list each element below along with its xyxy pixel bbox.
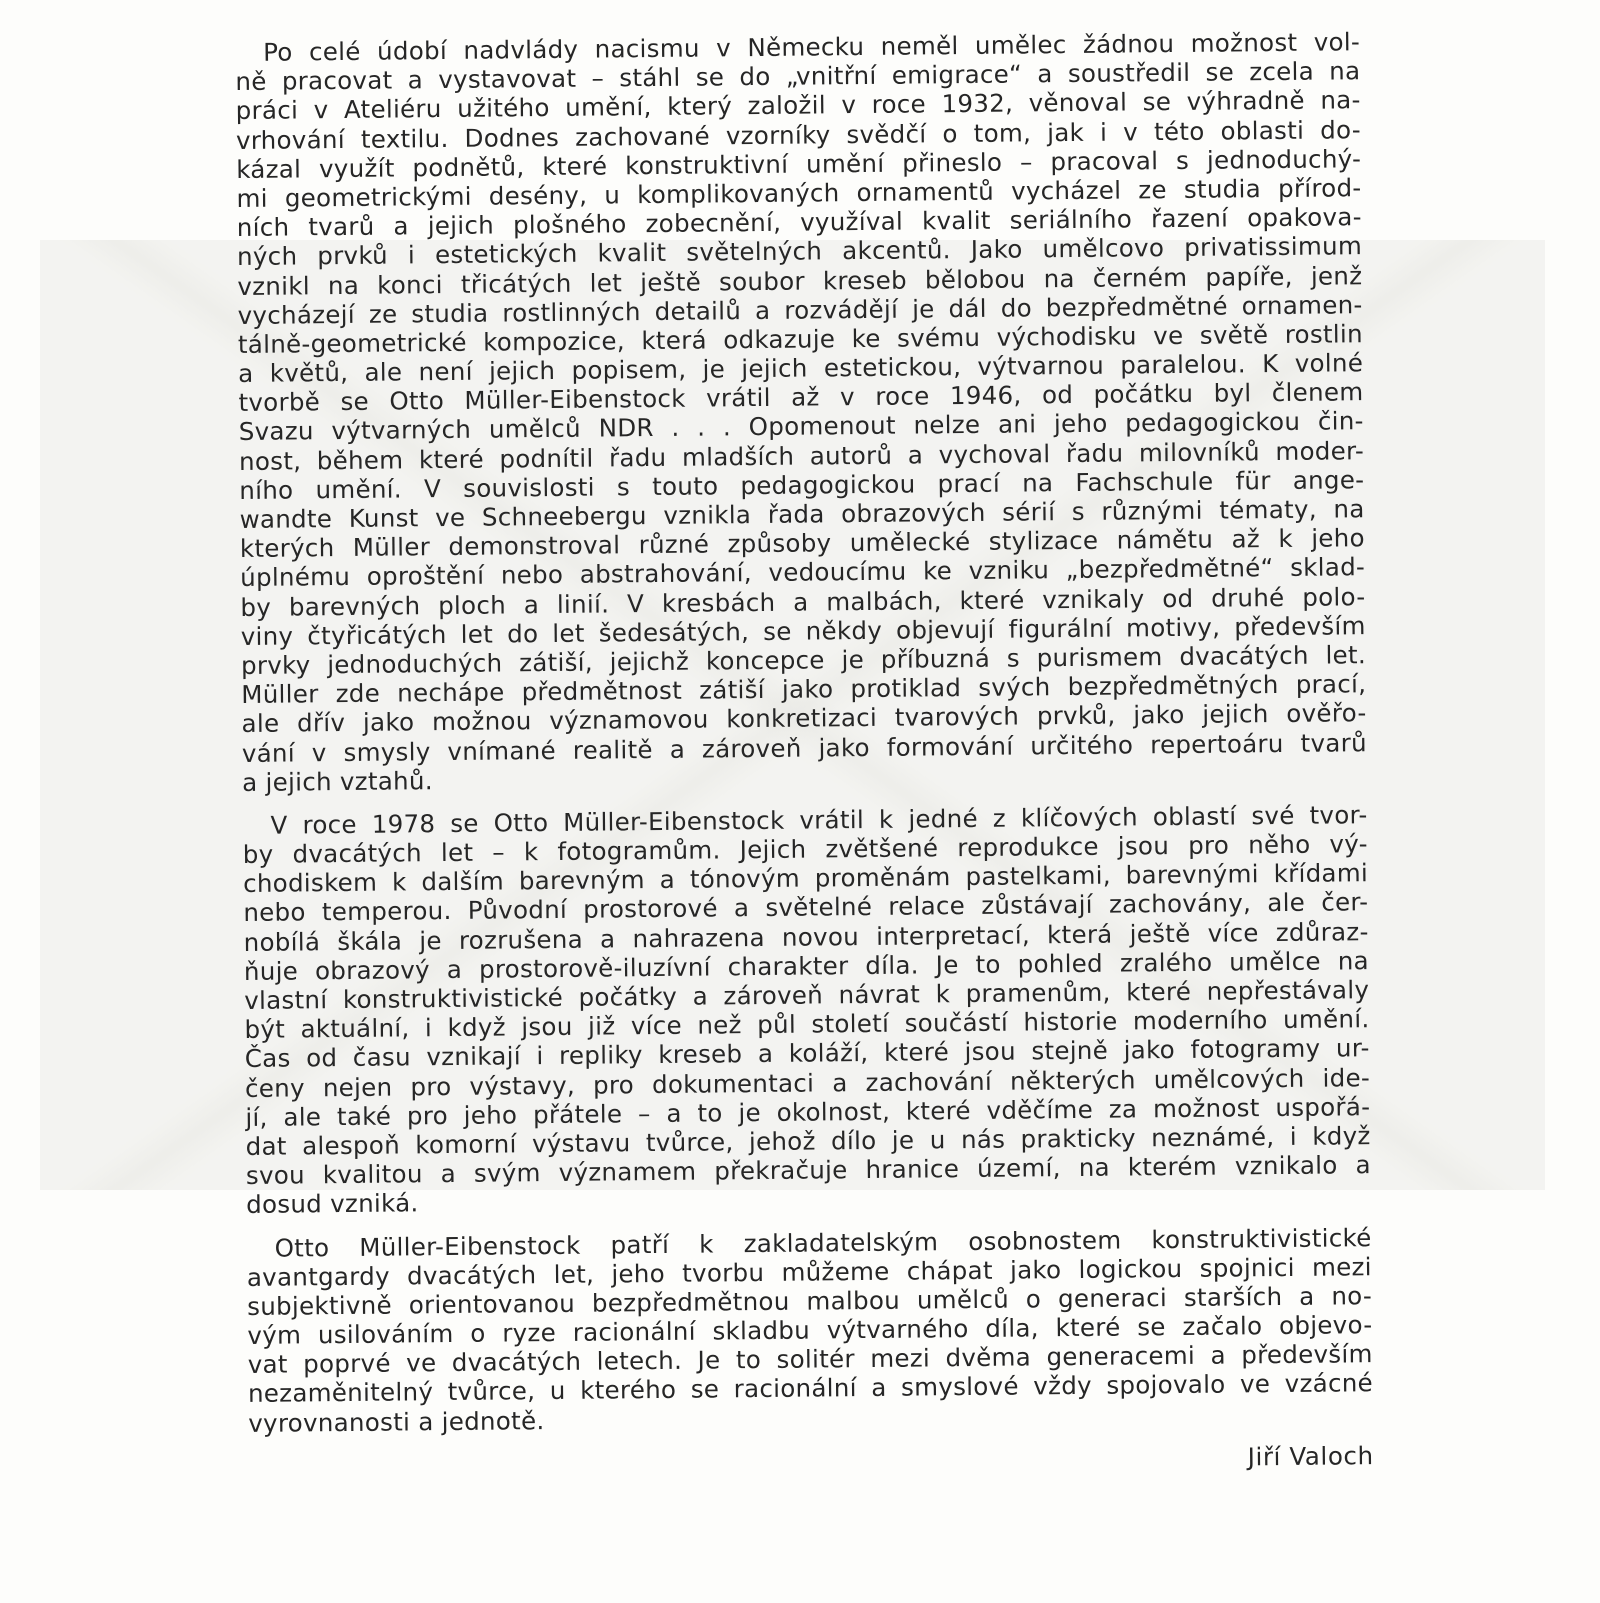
paragraph-3: Otto Müller-Eibenstock patří k zakladate… [246, 1223, 1373, 1438]
paragraph-2: V roce 1978 se Otto Müller-Eibenstock vr… [242, 800, 1371, 1219]
author-signature: Jiří Valoch [1248, 1441, 1374, 1471]
document-page: Po celé údobí nadvlády nacismu v Německu… [235, 27, 1374, 1452]
paragraph-1: Po celé údobí nadvlády nacismu v Německu… [235, 27, 1367, 797]
